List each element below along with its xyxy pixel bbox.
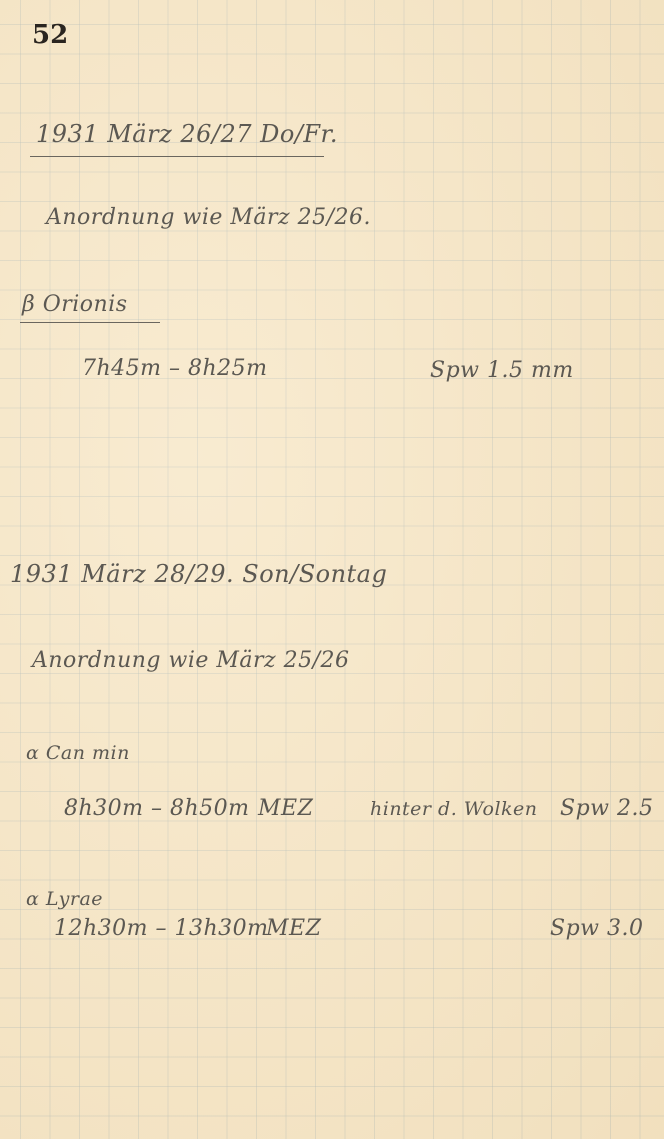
- entry-2-object-2-measurement: Spw 3.0: [550, 916, 643, 941]
- entry-1-object-time: 7h45m – 8h25m: [82, 356, 268, 381]
- entry-1-object-measurement: Spw 1.5 mm: [430, 358, 574, 383]
- entry-1-arrangement: Anordnung wie März 25/26.: [46, 205, 371, 230]
- entry-2-object-2-timezone: MEZ: [266, 916, 321, 941]
- entry-2-object-2-time: 12h30m – 13h30m: [54, 916, 269, 941]
- entry-2-object-1-name: α Can min: [26, 742, 130, 764]
- notebook-page: 52 1931 März 26/27 Do/Fr. Anordnung wie …: [0, 0, 664, 1139]
- heading-underline: [30, 156, 324, 157]
- entry-2-object-1-note: hinter d. Wolken: [370, 798, 538, 820]
- entry-2-object-1-time: 8h30m – 8h50m: [64, 796, 250, 821]
- page-number: 52: [32, 20, 68, 50]
- entry-2-date-heading: 1931 März 28/29. Son/Sontag: [10, 560, 387, 588]
- entry-2-object-1-measurement: Spw 2.5: [560, 796, 653, 821]
- entry-2-arrangement: Anordnung wie März 25/26: [32, 648, 350, 673]
- entry-1-object-name: β Orionis: [22, 292, 128, 317]
- entry-2-object-2-name: α Lyrae: [26, 888, 103, 910]
- object-underline: [20, 322, 160, 323]
- entry-1-date-heading: 1931 März 26/27 Do/Fr.: [36, 120, 338, 148]
- entry-2-object-1-timezone: MEZ: [258, 796, 313, 821]
